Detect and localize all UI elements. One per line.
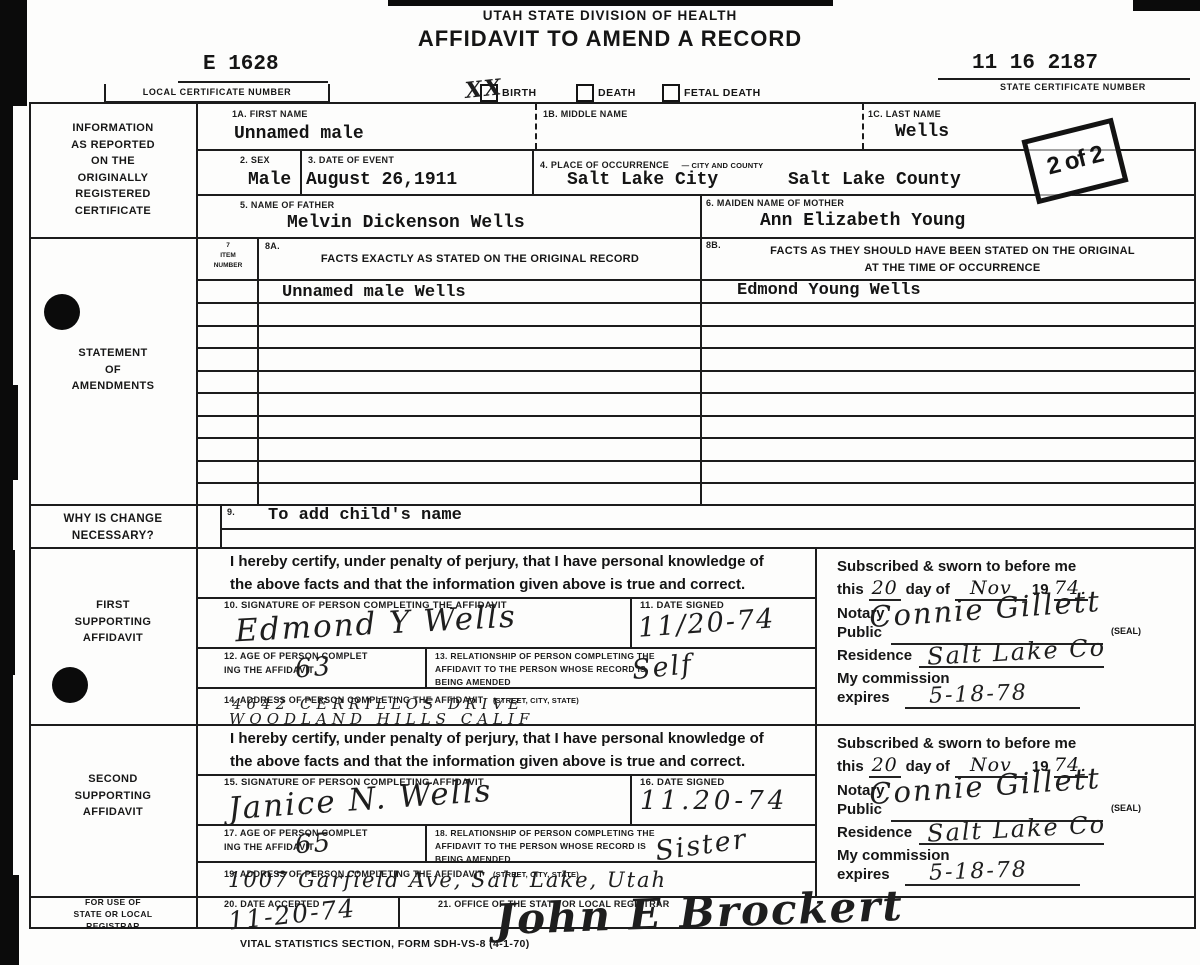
certification-statement: I hereby certify, under penalty of perju… [230, 551, 764, 596]
scan-artifact [388, 0, 833, 6]
grid-line [197, 392, 1196, 394]
sidebar-registrar-label: FOR USE OF STATE OR LOCAL REGISTRAR [30, 897, 196, 933]
scanned-affidavit-document: UTAH STATE DIVISION OF HEALTH AFFIDAVIT … [0, 0, 1200, 965]
relationship1-value: Self [631, 649, 695, 686]
last-name-value: Wells [895, 122, 949, 142]
sex-value: Male [248, 170, 291, 190]
grid-line [197, 460, 1196, 462]
scan-artifact [1133, 0, 1200, 11]
sidebar-first-affidavit-label: FIRST SUPPORTING AFFIDAVIT [30, 597, 196, 647]
last-name-label: 1C. LAST NAME [868, 109, 941, 119]
facts-original-column-title: FACTS EXACTLY AS STATED ON THE ORIGINAL … [280, 253, 680, 265]
page-stamp: 2 of 2 [1021, 118, 1128, 205]
grid-line [532, 149, 534, 194]
notary1-expires-value: 5-18-78 [929, 680, 1029, 708]
hole-punch [44, 294, 80, 330]
item-number-column-header: 7 ITEM NUMBER [200, 241, 256, 270]
sidebar-why-label: WHY IS CHANGE NECESSARY? [30, 511, 196, 546]
form-footer: VITAL STATISTICS SECTION, FORM SDH-VS-8 … [240, 938, 530, 950]
mother-name-value: Ann Elizabeth Young [760, 211, 965, 231]
notary2-residence-label: Residence [837, 824, 912, 841]
grid-line [197, 279, 1196, 281]
why-change-number: 9. [227, 507, 235, 517]
notary2-this-label: this [837, 758, 864, 775]
notary2-sworn-text: Subscribed & sworn to before me [837, 735, 1076, 752]
agency-name: UTAH STATE DIVISION OF HEALTH [400, 8, 820, 23]
notary1-residence-label: Residence [837, 647, 912, 664]
notary2-expires-value: 5-18-78 [929, 857, 1029, 885]
grid-line [220, 504, 222, 547]
grid-line [30, 102, 1196, 104]
fetal-death-checkbox [662, 84, 680, 102]
place-label-main: 4. PLACE OF OCCURRENCE [540, 160, 669, 170]
notary2-commission-label2: expires [837, 866, 890, 883]
grid-line [197, 774, 815, 776]
first-name-value: Unnamed male [234, 124, 364, 144]
notary-block-1: Subscribed & sworn to before me this 20 … [817, 548, 1196, 723]
grid-line [398, 896, 400, 927]
grid-line [425, 824, 427, 861]
birth-checkbox-label: BIRTH [502, 87, 537, 99]
age2-value: 65 [294, 828, 333, 861]
grid-line [197, 824, 815, 826]
grid-line [535, 104, 537, 149]
grid-line [425, 647, 427, 687]
scan-artifact [0, 0, 13, 965]
local-certificate-label: LOCAL CERTIFICATE NUMBER [104, 84, 330, 103]
grid-line [197, 415, 1196, 417]
sidebar-original-info-label: INFORMATION AS REPORTED ON THE ORIGINALL… [30, 120, 196, 219]
notary1-this-label: this [837, 581, 864, 598]
place-label-sub: — CITY AND COUNTY [682, 161, 764, 170]
grid-line [197, 325, 1196, 327]
grid-line [30, 504, 1196, 506]
certification-statement-2: I hereby certify, under penalty of perju… [230, 728, 764, 773]
grid-line [178, 81, 328, 83]
father-name-label: 5. NAME OF FATHER [240, 200, 334, 210]
grid-line [630, 597, 632, 647]
grid-line [197, 347, 1196, 349]
sidebar-second-affidavit-label: SECOND SUPPORTING AFFIDAVIT [30, 771, 196, 821]
relationship2-label: 18. RELATIONSHIP OF PERSON COMPLETING TH… [435, 827, 670, 867]
grid-line [300, 149, 302, 194]
local-certificate-number: E 1628 [203, 53, 279, 76]
facts-original-column-number: 8A. [265, 241, 280, 251]
scan-artifact [0, 550, 15, 675]
scan-artifact [0, 385, 18, 480]
birth-checkbox-mark: XX [464, 74, 505, 104]
age1-value: 63 [294, 651, 334, 684]
scan-artifact [0, 875, 19, 965]
notary2-seal-label: (SEAL) [1111, 803, 1141, 813]
grid-line [197, 482, 1196, 484]
grid-line [196, 102, 198, 929]
place-city-value: Salt Lake City [567, 170, 718, 190]
why-change-value: To add child's name [268, 506, 462, 525]
grid-line [197, 370, 1196, 372]
place-county-value: Salt Lake County [788, 170, 961, 190]
middle-name-label: 1B. MIDDLE NAME [543, 109, 628, 119]
fetal-death-checkbox-label: FETAL DEATH [684, 87, 761, 99]
date-of-event-label: 3. DATE OF EVENT [308, 155, 394, 165]
grid-line [862, 104, 864, 149]
state-certificate-label: STATE CERTIFICATE NUMBER [1000, 82, 1146, 92]
notary1-seal-label: (SEAL) [1111, 626, 1141, 636]
date-of-event-value: August 26,1911 [306, 170, 457, 190]
grid-line [938, 78, 1190, 80]
mother-name-label: 6. MAIDEN NAME OF MOTHER [706, 198, 844, 208]
address2-line1: 1007 Garfield Ave, Salt Lake, Utah [228, 868, 667, 892]
state-certificate-number: 11 16 2187 [972, 52, 1098, 75]
notary1-commission-label2: expires [837, 689, 890, 706]
amendment-row-corrected: Edmond Young Wells [737, 281, 921, 300]
grid-line [630, 774, 632, 824]
hole-punch [52, 667, 88, 703]
date-signed2-value: 11.20-74 [640, 786, 788, 816]
grid-line [220, 528, 1196, 530]
death-checkbox-label: DEATH [598, 87, 636, 99]
first-name-label: 1A. FIRST NAME [232, 109, 308, 119]
amendment-row-original: Unnamed male Wells [282, 283, 466, 302]
grid-line [197, 647, 815, 649]
notary-block-2: Subscribed & sworn to before me this 20 … [817, 725, 1196, 894]
sex-label: 2. SEX [240, 155, 270, 165]
scan-artifact [0, 0, 27, 106]
father-name-value: Melvin Dickenson Wells [287, 213, 525, 233]
sidebar-amendments-label: STATEMENT OF AMENDMENTS [30, 345, 196, 395]
grid-line [700, 194, 702, 237]
address1-line2: WOODLAND HILLS CALIF [229, 710, 534, 728]
form-title: AFFIDAVIT TO AMEND A RECORD [360, 26, 860, 52]
notary1-sworn-text: Subscribed & sworn to before me [837, 558, 1076, 575]
grid-line [30, 237, 1196, 239]
death-checkbox [576, 84, 594, 102]
grid-line [197, 437, 1196, 439]
facts-corrected-column-title: FACTS AS THEY SHOULD HAVE BEEN STATED ON… [715, 243, 1190, 276]
grid-line [197, 302, 1196, 304]
